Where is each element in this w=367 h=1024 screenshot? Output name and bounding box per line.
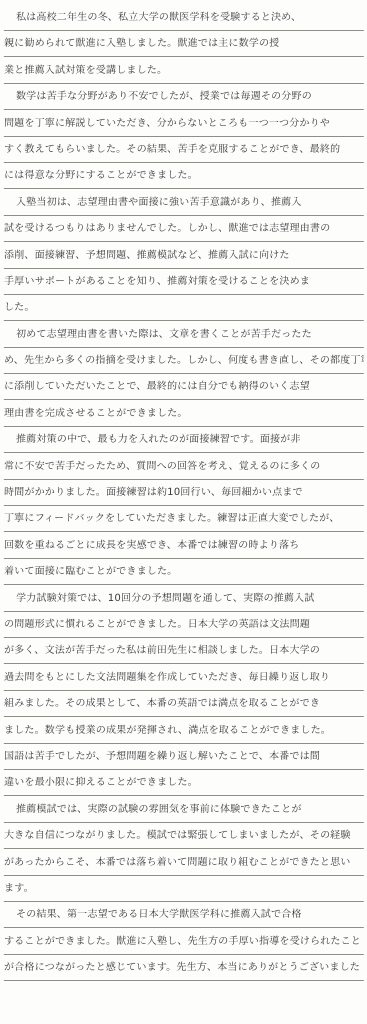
handwritten-line: 問題を丁寧に解説していただき、分からないところも一つ一つ分かりや [4, 111, 364, 137]
handwritten-essay-page: 私は高校二年生の冬、私立大学の獣医学科を受験すると決め、親に勧められて獣進に入塾… [0, 0, 367, 1024]
handwritten-line: 数学は苦手な分野があり不安でしたが、授業では毎週その分野の [4, 84, 364, 110]
handwritten-line: 入塾当初は、志望理由書や面接に強い苦手意識があり、推薦入 [4, 190, 364, 216]
handwritten-line: 回数を重ねるごとに成長を実感でき、本番では練習の時より落ち [4, 533, 364, 559]
handwritten-line: 試を受けるつもりはありませんでした。しかし、獣進では志望理由書の [4, 216, 364, 242]
handwritten-line: 私は高校二年生の冬、私立大学の獣医学科を受験すると決め、 [4, 5, 364, 31]
handwritten-line: 学力試験対策では、10回分の予想問題を通して、実際の推薦入試 [4, 586, 364, 612]
handwritten-line: 添削、面接練習、予想問題、推薦模試など、推薦入試に向けた [4, 243, 364, 269]
handwritten-line: があったからこそ、本番では落ち着いて問題に取り組むことができたと思い [4, 850, 364, 876]
ruled-lines-container: 私は高校二年生の冬、私立大学の獣医学科を受験すると決め、親に勧められて獣進に入塾… [4, 5, 364, 981]
handwritten-line: した。 [4, 295, 364, 321]
handwritten-line: 親に勧められて獣進に入塾しました。獣進では主に数学の授 [4, 31, 364, 57]
handwritten-line: が多く、文法が苦手だった私は前田先生に相談しました。日本大学の [4, 638, 364, 664]
handwritten-line: 過去問をもとにした文法問題集を作成していただき、毎日繰り返し取り [4, 665, 364, 691]
handwritten-line: め、先生から多くの指摘を受けました。しかし、何度も書き直し、その都度丁寧 [4, 348, 364, 374]
handwritten-line: には得意な分野にすることができました。 [4, 163, 364, 189]
handwritten-line: ました。数学も授業の成果が発揮され、満点を取ることができました。 [4, 718, 364, 744]
handwritten-line: 国語は苦手でしたが、予想問題を繰り返し解いたことで、本番では間 [4, 744, 364, 770]
handwritten-line: その結果、第一志望である日本大学獣医学科に推薦入試で合格 [4, 902, 364, 928]
handwritten-line: 時間がかかりました。面接練習は約10回行い、毎回細かい点まで [4, 480, 364, 506]
handwritten-line: 着いて面接に臨むことができました。 [4, 559, 364, 585]
handwritten-line: 丁寧にフィードバックをしていただきました。練習は正直大変でしたが、 [4, 506, 364, 532]
handwritten-line: 初めて志望理由書を書いた際は、文章を書くことが苦手だったた [4, 322, 364, 348]
handwritten-line: すく教えてもらいました。その結果、苦手を克服することができ、最終的 [4, 137, 364, 163]
handwritten-line: が合格につながったと感じています。先生方、本当にありがとうございました！ [4, 955, 364, 981]
handwritten-line: の問題形式に慣れることができました。日本大学の英語は文法問題 [4, 612, 364, 638]
handwritten-line: 理由書を完成させることができました。 [4, 401, 364, 427]
handwritten-line: 大きな自信につながりました。模試では緊張してしまいましたが、その経験 [4, 823, 364, 849]
handwritten-line: 推薦対策の中で、最も力を入れたのが面接練習です。面接が非 [4, 427, 364, 453]
handwritten-line: 手厚いサポートがあることを知り、推薦対策を受けることを決めま [4, 269, 364, 295]
handwritten-line: 組みました。その成果として、本番の英語では満点を取ることができ [4, 691, 364, 717]
handwritten-line: 業と推薦入試対策を受講しました。 [4, 58, 364, 84]
handwritten-line: 常に不安で苦手だったため、質問への回答を考え、覚えるのに多くの [4, 454, 364, 480]
handwritten-line: することができました。獣進に入塾し、先生方の手厚い指導を受けられたこと [4, 929, 364, 955]
handwritten-line: ます。 [4, 876, 364, 902]
handwritten-line: 推薦模試では、実際の試験の雰囲気を事前に体験できたことが [4, 797, 364, 823]
handwritten-line: に添削していただいたことで、最終的には自分でも納得のいく志望 [4, 374, 364, 400]
handwritten-line: 違いを最小限に抑えることができました。 [4, 770, 364, 796]
